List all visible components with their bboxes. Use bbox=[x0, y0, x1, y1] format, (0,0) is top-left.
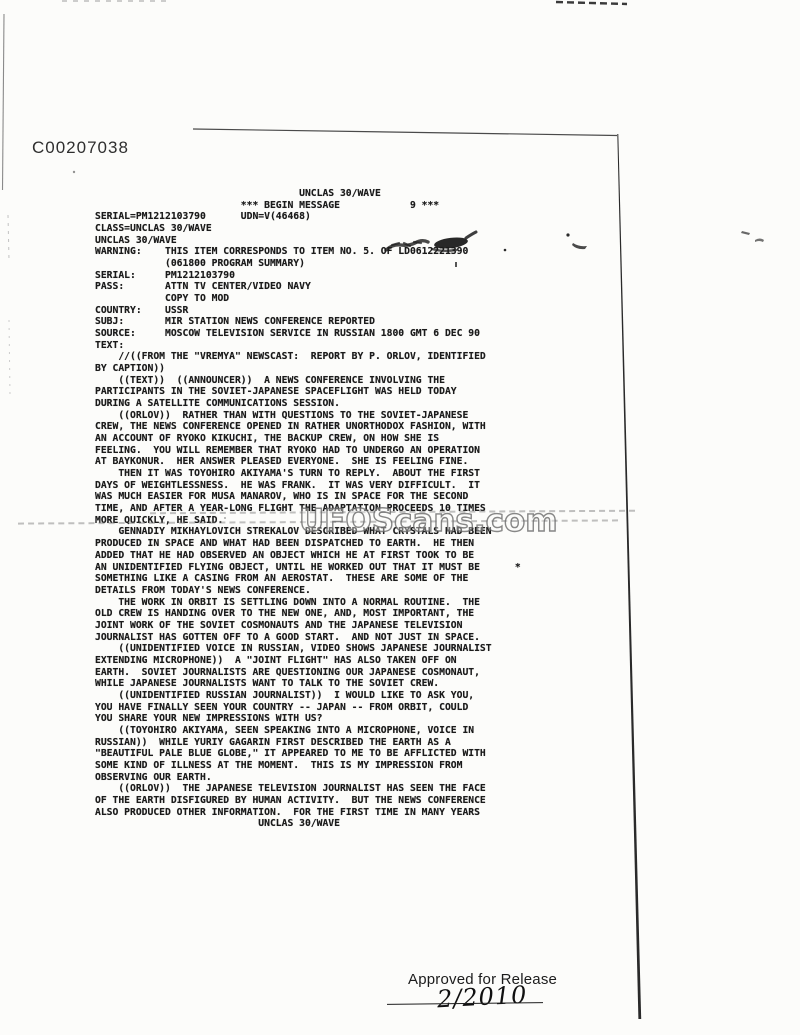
top-edge-dashes bbox=[62, 1, 627, 4]
text-line: SOMETHING LIKE A CASING FROM AN AEROSTAT… bbox=[95, 573, 521, 585]
text-line: AN ACCOUNT OF RYOKO KIKUCHI, THE BACKUP … bbox=[95, 433, 521, 445]
text-line: UNCLAS 30/WAVE bbox=[95, 235, 521, 247]
text-line: ((TOYOHIRO AKIYAMA, SEEN SPEAKING INTO A… bbox=[95, 725, 521, 737]
text-line: WAS MUCH EASIER FOR MUSA MANAROV, WHO IS… bbox=[95, 491, 521, 503]
text-line: ((ORLOV)) THE JAPANESE TELEVISION JOURNA… bbox=[95, 783, 521, 795]
text-line: "BEAUTIFUL PALE BLUE GLOBE," IT APPEARED… bbox=[95, 748, 521, 760]
text-line: WARNING: THIS ITEM CORRESPONDS TO ITEM N… bbox=[95, 246, 521, 258]
text-line: UNCLAS 30/WAVE bbox=[95, 818, 521, 830]
text-line: AT BAYKONUR. HER ANSWER PLEASED EVERYONE… bbox=[95, 456, 521, 468]
release-date-handwriting: 2/2010 bbox=[436, 981, 528, 1014]
text-line: YOU SHARE YOUR NEW IMPRESSIONS WITH US? bbox=[95, 713, 521, 725]
watermark: UFOScans.com bbox=[299, 506, 558, 537]
page-edge-right-line bbox=[617, 134, 641, 1019]
text-line: ((TEXT)) ((ANNOUNCER)) A NEWS CONFERENCE… bbox=[95, 375, 521, 387]
text-line: DETAILS FROM TODAY'S NEWS CONFERENCE. bbox=[95, 585, 521, 597]
text-line: DURING A SATELLITE COMMUNICATIONS SESSIO… bbox=[95, 398, 521, 410]
text-line: YOU HAVE FINALLY SEEN YOUR COUNTRY -- JA… bbox=[95, 702, 521, 714]
text-line: RUSSIAN)) WHILE YURIY GAGARIN FIRST DESC… bbox=[95, 737, 521, 749]
text-line: UNCLAS 30/WAVE bbox=[95, 188, 521, 200]
text-line: OF THE EARTH DISFIGURED BY HUMAN ACTIVIT… bbox=[95, 795, 521, 807]
text-line: (061800 PROGRAM SUMMARY) bbox=[95, 258, 521, 270]
text-line: AN UNIDENTIFIED FLYING OBJECT, UNTIL HE … bbox=[95, 562, 521, 574]
text-line: WHILE JAPANESE JOURNALISTS WANT TO TALK … bbox=[95, 678, 521, 690]
doc-id-stamp: C00207038 bbox=[32, 138, 129, 158]
text-line: ADDED THAT HE HAD OBSERVED AN OBJECT WHI… bbox=[95, 550, 521, 562]
text-line: EXTENDING MICROPHONE)) A "JOINT FLIGHT" … bbox=[95, 655, 521, 667]
text-line: ((ORLOV)) RATHER THAN WITH QUESTIONS TO … bbox=[95, 410, 521, 422]
text-line: OLD CREW IS HANDING OVER TO THE NEW ONE,… bbox=[95, 608, 521, 620]
left-edge-line bbox=[3, 14, 11, 395]
text-line: JOINT WORK OF THE SOVIET COSMONAUTS AND … bbox=[95, 620, 521, 632]
text-line: CLASS=UNCLAS 30/WAVE bbox=[95, 223, 521, 235]
text-line: DAYS OF WEIGHTLESSNESS. HE WAS FRANK. IT… bbox=[95, 480, 521, 492]
scanned-document-page: C00207038 UNCLAS 30/WAVE *** BEGIN MESSA… bbox=[0, 0, 800, 1035]
text-line: THE WORK IN ORBIT IS SETTLING DOWN INTO … bbox=[95, 597, 521, 609]
text-line: SERIAL=PM1212103790 UDN=V(46468) bbox=[95, 211, 521, 223]
text-line: PARTICIPANTS IN THE SOVIET-JAPANESE SPAC… bbox=[95, 386, 521, 398]
text-line: PRODUCED IN SPACE AND WHAT HAD BEEN DISP… bbox=[95, 538, 521, 550]
text-line: ((UNIDENTIFIED VOICE IN RUSSIAN, VIDEO S… bbox=[95, 643, 521, 655]
page-edge-top-line bbox=[193, 129, 617, 136]
text-line: EARTH. SOVIET JOURNALISTS ARE QUESTIONIN… bbox=[95, 667, 521, 679]
text-line: SUBJ: MIR STATION NEWS CONFERENCE REPORT… bbox=[95, 316, 521, 328]
text-line: SOME KIND OF ILLNESS AT THE MOMENT. THIS… bbox=[95, 760, 521, 772]
text-line: *** BEGIN MESSAGE 9 *** bbox=[95, 200, 521, 212]
text-line: ALSO PRODUCED OTHER INFORMATION. FOR THE… bbox=[95, 807, 521, 819]
text-line: SERIAL: PM1212103790 bbox=[95, 270, 521, 282]
text-line: JOURNALIST HAS GOTTEN OFF TO A GOOD STAR… bbox=[95, 632, 521, 644]
text-line: TEXT: bbox=[95, 340, 521, 352]
text-line: OBSERVING OUR EARTH. bbox=[95, 772, 521, 784]
text-line: PASS: ATTN TV CENTER/VIDEO NAVY bbox=[95, 281, 521, 293]
text-line: COPY TO MOD bbox=[95, 293, 521, 305]
text-line: FEELING. YOU WILL REMEMBER THAT RYOKO HA… bbox=[95, 445, 521, 457]
text-line: COUNTRY: USSR bbox=[95, 305, 521, 317]
text-line: SOURCE: MOSCOW TELEVISION SERVICE IN RUS… bbox=[95, 328, 521, 340]
text-line: //((FROM THE "VREMYA" NEWSCAST: REPORT B… bbox=[95, 351, 521, 363]
text-line: ((UNIDENTIFIED RUSSIAN JOURNALIST)) I WO… bbox=[95, 690, 521, 702]
text-line: BY CAPTION)) bbox=[95, 363, 521, 375]
text-line: THEN IT WAS TOYOHIRO AKIYAMA'S TURN TO R… bbox=[95, 468, 521, 480]
text-line: CREW, THE NEWS CONFERENCE OPENED IN RATH… bbox=[95, 421, 521, 433]
